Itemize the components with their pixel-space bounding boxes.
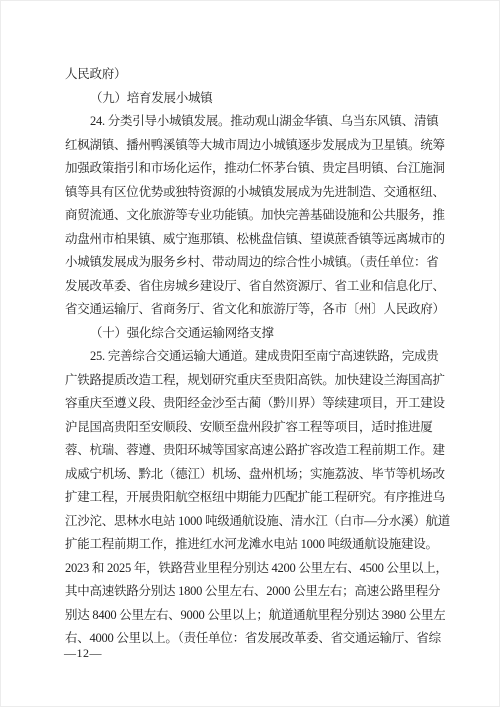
paragraph-line: 2023 和 2025 年，铁路营业里程分别达 4200 公里左右、4500 公… — [65, 557, 449, 581]
paragraph-line: 右、4000 公里以上。（责任单位：省发展改革委、省交通运输厅、省综 — [65, 627, 449, 651]
paragraph-line: 容重庆至遵义段、贵阳经金沙至古蔺（黔川界）等续建项目，开工建设 — [65, 392, 449, 416]
document-page: 人民政府） （九）培育发展小城镇 24. 分类引导小城镇发展。推动观山湖金华镇、… — [0, 0, 500, 707]
paragraph-line: 沪昆国高贵阳至安顺段、安顺至盘州段扩容工程等项目，适时推进厦 — [65, 416, 449, 440]
paragraph-line: 发展改革委、省住房城乡建设厅、省自然资源厅、省工业和信息化厅、 — [65, 275, 449, 299]
paragraph-line: 镇等具有区位优势或独特资源的小城镇发展成为先进制造、交通枢纽、 — [65, 181, 449, 205]
paragraph-line: 蓉、杭瑞、蓉遵、贵阳环城等国家高速公路扩容改造工程前期工作。建 — [65, 439, 449, 463]
paragraph-line: 动盘州市柏果镇、威宁迤那镇、松桃盘信镇、望谟蔗香镇等远离城市的 — [65, 228, 449, 252]
paragraph-line: 扩建工程，开展贵阳航空枢纽中期能力匹配扩能工程研究。有序推进乌 — [65, 486, 449, 510]
paragraph-line: 25. 完善综合交通运输大通道。建成贵阳至南宁高速铁路，完成贵 — [65, 345, 449, 369]
paragraph-line: 江沙沱、思林水电站 1000 吨级通航设施、清水江（白市—分水溪）航道 — [65, 510, 449, 534]
section-heading-9: （九）培育发展小城镇 — [65, 87, 449, 111]
paragraph-line: 扩能工程前期工作，推进红水河龙滩水电站 1000 吨级通航设施建设。 — [65, 533, 449, 557]
paragraph-line: 成威宁机场、黔北（德江）机场、盘州机场；实施荔波、毕节等机场改 — [65, 463, 449, 487]
paragraph-line: 省交通运输厅、省商务厅、省文化和旅游厅等，各市〔州〕人民政府） — [65, 298, 449, 322]
paragraph-line: 加强政策指引和市场化运作，推动仁怀茅台镇、贵定昌明镇、台江施洞 — [65, 157, 449, 181]
paragraph-line: 人民政府） — [65, 63, 449, 87]
paragraph-line: 红枫湖镇、播州鸭溪镇等大城市周边小城镇逐步发展成为卫星镇。统筹 — [65, 134, 449, 158]
paragraph-line: 24. 分类引导小城镇发展。推动观山湖金华镇、乌当东风镇、清镇 — [65, 110, 449, 134]
section-heading-10: （十）强化综合交通运输网络支撑 — [65, 322, 449, 346]
paragraph-line: 广铁路提质改造工程，规划研究重庆至贵阳高铁。加快建设兰海国高扩 — [65, 369, 449, 393]
document-body: 人民政府） （九）培育发展小城镇 24. 分类引导小城镇发展。推动观山湖金华镇、… — [65, 63, 449, 651]
paragraph-line: 商贸流通、文化旅游等专业功能镇。加快完善基础设施和公共服务，推 — [65, 204, 449, 228]
paragraph-line: 别达 8400 公里左右、9000 公里以上；航道通航里程分别达 3980 公里… — [65, 604, 449, 628]
paragraph-line: 小城镇发展成为服务乡村、带动周边的综合性小城镇。（责任单位：省 — [65, 251, 449, 275]
page-number: —12— — [64, 646, 102, 661]
paragraph-line: 其中高速铁路分别达 1800 公里左右、2000 公里左右；高速公路里程分 — [65, 580, 449, 604]
